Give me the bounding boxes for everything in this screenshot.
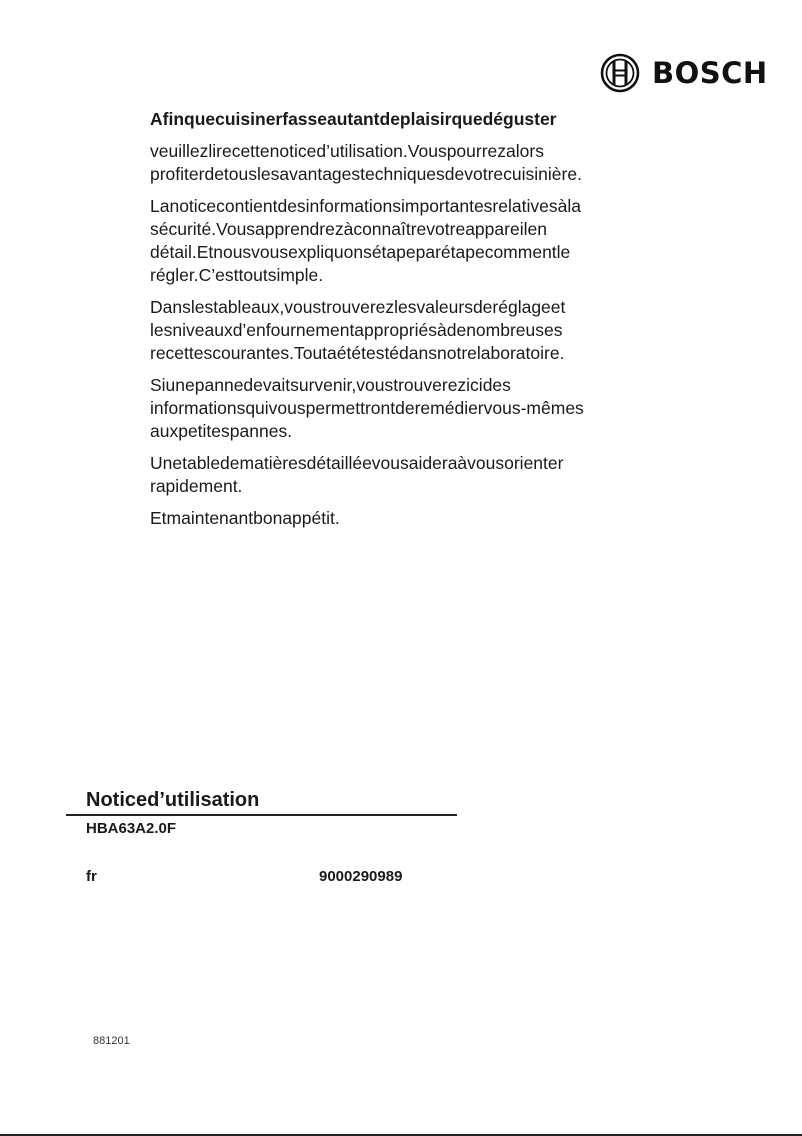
model-number: HBA63A2.0F [86, 820, 176, 837]
language-code: fr [86, 868, 97, 885]
intro-paragraph: Lanoticecontientdesinformationsimportant… [150, 195, 630, 287]
document-title: Noticed’utilisation [86, 786, 259, 814]
document-title-block: Noticed’utilisation [86, 786, 259, 814]
intro-section: Afinquecuisinerfasseautantdeplaisirquedé… [150, 107, 630, 539]
intro-paragraph: Etmaintenantbonappétit. [150, 507, 630, 530]
intro-paragraph: veuillezlirecettenoticed’utilisation.Vou… [150, 140, 630, 186]
bosch-armature-icon [600, 53, 640, 93]
part-number: 9000290989 [319, 868, 402, 885]
title-divider [66, 814, 457, 816]
intro-paragraph: Siunepannedevaitsurvenir,voustrouverezic… [150, 374, 630, 443]
intro-paragraph: Unetabledematièresdétailléevousaideraàvo… [150, 452, 630, 498]
brand-name: BOSCH [652, 56, 768, 90]
brand-logo: BOSCH [600, 53, 768, 93]
print-code: 881201 [93, 1035, 130, 1047]
intro-paragraph: Danslestableaux,voustrouverezlesvaleursd… [150, 296, 630, 365]
intro-heading: Afinquecuisinerfasseautantdeplaisirquedé… [150, 107, 630, 131]
